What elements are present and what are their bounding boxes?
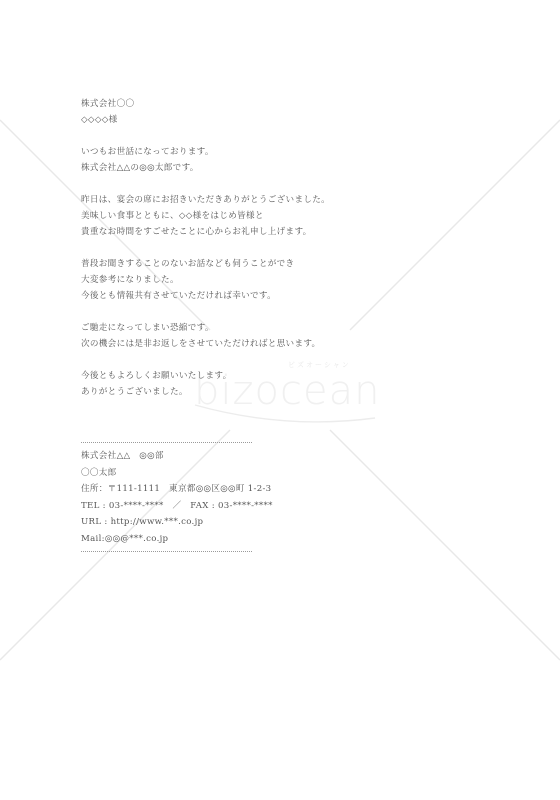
body-line: 貴重なお時間をすごせたことに心からお礼申し上げます。 xyxy=(81,224,481,240)
body-line: 今後ともよろしくお願いいたします。 xyxy=(81,368,481,384)
paragraph-closing: 今後ともよろしくお願いいたします。 ありがとうございました。 xyxy=(81,368,481,400)
body-line: 美味しい食事とともに、◇◇様をはじめ皆様と xyxy=(81,208,481,224)
body-line: 昨日は、宴会の席にお招きいただきありがとうございました。 xyxy=(81,192,481,208)
body-line: 次の機会には是非お返しをさせていただければと思います。 xyxy=(81,336,481,352)
signature-url: URL : http://www.***.co.jp xyxy=(81,514,481,531)
body-line: 普段お聞きすることのないお話なども伺うことができ xyxy=(81,256,481,272)
letter-page: 株式会社〇〇 ◇◇◇◇様 いつもお世話になっております。 株式会社△△の◎◎太郎… xyxy=(81,96,481,552)
body-line: 今後とも情報共有させていただければ幸いです。 xyxy=(81,288,481,304)
paragraph-greeting: いつもお世話になっております。 株式会社△△の◎◎太郎です。 xyxy=(81,144,481,176)
recipient-name: ◇◇◇◇様 xyxy=(81,112,481,128)
body-line: ありがとうございました。 xyxy=(81,384,481,400)
signature-mail: Mail:◎◎@***.co.jp xyxy=(81,531,481,548)
body-line: 株式会社△△の◎◎太郎です。 xyxy=(81,160,481,176)
paragraph-apology: ご馳走になってしまい恐縮です。 次の機会には是非お返しをさせていただければと思い… xyxy=(81,320,481,352)
body-line: いつもお世話になっております。 xyxy=(81,144,481,160)
body-line: ご馳走になってしまい恐縮です。 xyxy=(81,320,481,336)
signature-company: 株式会社△△ ◎◎部 xyxy=(81,448,481,465)
paragraph-reference: 普段お聞きすることのないお話なども伺うことができ 大変参考になりました。 今後と… xyxy=(81,256,481,304)
signature-divider-bottom xyxy=(81,551,252,552)
signature-address: 住所：〒111-1111 東京都◎◎区◎◎町 1-2-3 xyxy=(81,481,481,498)
recipient-company: 株式会社〇〇 xyxy=(81,96,481,112)
signature-block: 株式会社△△ ◎◎部 〇〇太郎 住所：〒111-1111 東京都◎◎区◎◎町 1… xyxy=(81,442,481,552)
signature-divider-top xyxy=(81,442,252,443)
paragraph-thanks: 昨日は、宴会の席にお招きいただきありがとうございました。 美味しい食事とともに、… xyxy=(81,192,481,240)
signature-tel-fax: TEL : 03-****-**** ／ FAX : 03-****-**** xyxy=(81,498,481,515)
body-line: 大変参考になりました。 xyxy=(81,272,481,288)
signature-name: 〇〇太郎 xyxy=(81,465,481,482)
